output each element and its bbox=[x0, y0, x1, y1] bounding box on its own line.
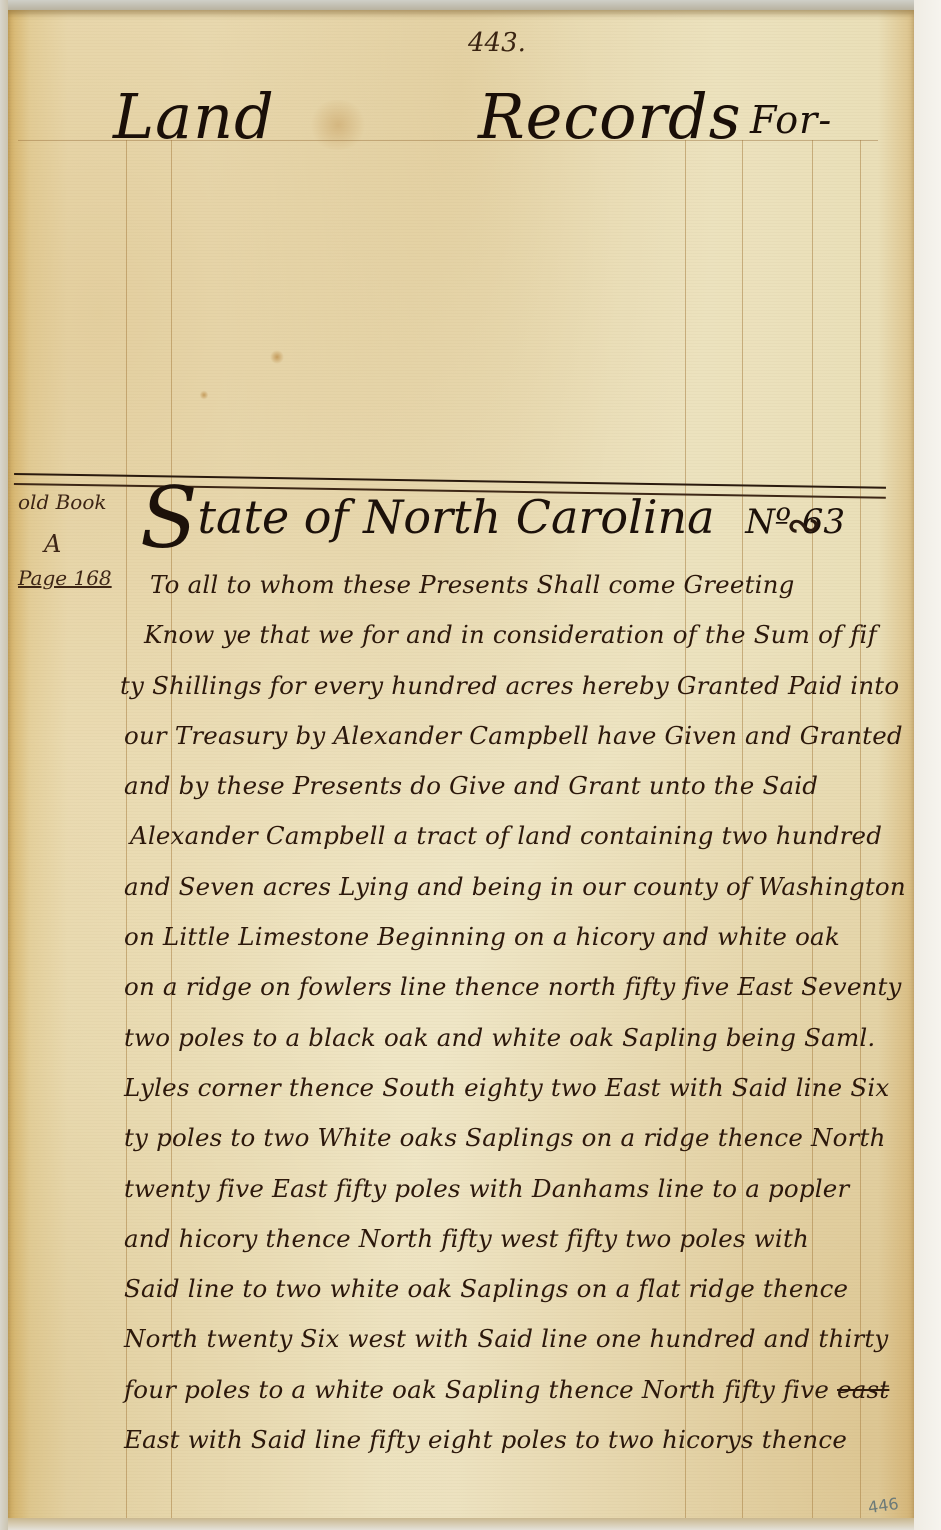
body-line: our Treasury by Alexander Campbell have … bbox=[124, 711, 914, 761]
body-line: East with Said line fifty eight poles to… bbox=[124, 1415, 914, 1465]
body-line: twenty five East fifty poles with Danham… bbox=[124, 1164, 914, 1214]
body-line: Alexander Campbell a tract of land conta… bbox=[130, 811, 920, 861]
body-line: four poles to a white oak Sapling thence… bbox=[124, 1365, 914, 1415]
title-initial: S bbox=[140, 469, 198, 567]
body-line-text: four poles to a white oak Sapling thence… bbox=[124, 1375, 829, 1404]
margin-note-page: Page 168 bbox=[18, 566, 112, 590]
grant-title: State of North Carolina Nº 63 bbox=[140, 490, 845, 544]
title-text: tate of North Carolina bbox=[198, 490, 715, 544]
ink-stain bbox=[270, 350, 284, 364]
ink-stain bbox=[200, 390, 208, 400]
body-line: two poles to a black oak and white oak S… bbox=[124, 1013, 914, 1063]
body-line: Said line to two white oak Saplings on a… bbox=[124, 1264, 914, 1314]
margin-note-book-letter: A bbox=[44, 530, 61, 558]
body-line: Know ye that we for and in consideration… bbox=[144, 610, 934, 660]
heading-land: Land bbox=[113, 80, 275, 153]
title-flourish: ∾ bbox=[786, 500, 821, 549]
scan-right-margin bbox=[914, 0, 941, 1530]
scan-top-edge bbox=[0, 0, 941, 10]
body-line: ty poles to two White oaks Saplings on a… bbox=[124, 1113, 914, 1163]
body-line: and hicory thence North fifty west fifty… bbox=[124, 1214, 914, 1264]
folio-number: 443. bbox=[468, 28, 526, 58]
page-bottom-edge bbox=[8, 1518, 914, 1530]
body-line: on Little Limestone Beginning on a hicor… bbox=[124, 912, 914, 962]
scan-left-edge bbox=[0, 0, 8, 1530]
struck-word: east bbox=[837, 1375, 889, 1404]
body-line: on a ridge on fowlers line thence north … bbox=[124, 962, 914, 1012]
body-line: Lyles corner thence South eighty two Eas… bbox=[124, 1063, 914, 1113]
body-line: To all to whom these Presents Shall come… bbox=[150, 560, 940, 610]
body-line: ty Shillings for every hundred acres her… bbox=[120, 661, 910, 711]
grant-body: To all to whom these Presents Shall come… bbox=[120, 560, 910, 1465]
ink-stain bbox=[308, 100, 368, 150]
margin-note-old-book: old Book bbox=[18, 490, 107, 514]
body-line: and Seven acres Lying and being in our c… bbox=[124, 862, 914, 912]
body-line: and by these Presents do Give and Grant … bbox=[124, 761, 914, 811]
heading-records: Records bbox=[478, 80, 742, 153]
body-line: North twenty Six west with Said line one… bbox=[124, 1314, 914, 1364]
heading-for: For- bbox=[750, 98, 832, 142]
